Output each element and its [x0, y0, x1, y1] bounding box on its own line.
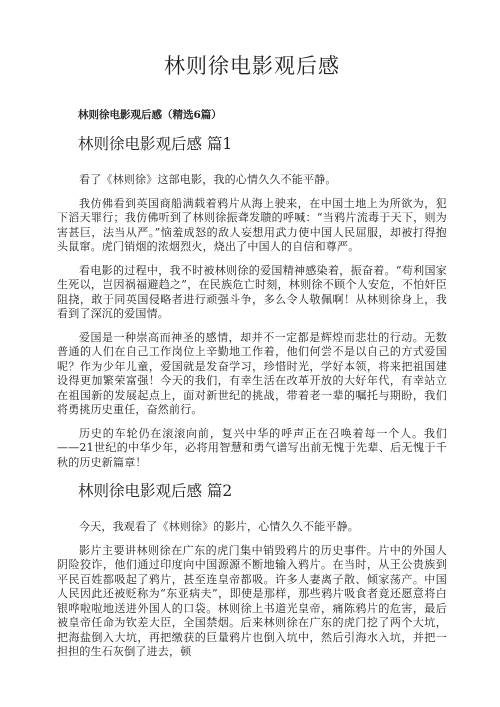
- essay-section-2: 林则徐电影观后感 篇2 今天，我观看了《林则徐》的影片，心情久久不能平静。 影片…: [57, 481, 447, 660]
- document-title: 林则徐电影观后感: [57, 52, 447, 80]
- paragraph: 看了《林则徐》这部电影，我的心情久久不能平静。: [57, 173, 447, 188]
- paragraph: 爱国是一种崇高而神圣的感情，却并不一定都是辉煌而悲壮的行动。无数普通的人们在自己…: [57, 331, 447, 418]
- document-page: 林则徐电影观后感 林则徐电影观后感（精选6篇） 林则徐电影观后感 篇1 看了《林…: [0, 0, 500, 707]
- essay-section-1: 林则徐电影观后感 篇1 看了《林则徐》这部电影，我的心情久久不能平静。 我仿佛看…: [57, 134, 447, 470]
- paragraph: 影片主要讲林则徐在广东的虎门集中销毁鸦片的历史事件。片中的外国人阴险狡诈，他们通…: [57, 544, 447, 660]
- document-subtitle: 林则徐电影观后感（精选6篇）: [57, 108, 447, 123]
- paragraph: 看电影的过程中，我不时被林则徐的爱国精神感染着，振奋着。“苟利国家生死以，岂因祸…: [57, 264, 447, 322]
- paragraph: 今天，我观看了《林则徐》的影片，心情久久不能平静。: [57, 520, 447, 535]
- section-2-heading: 林则徐电影观后感 篇2: [57, 481, 447, 502]
- paragraph: 历史的车轮仍在滚滚向前，复兴中华的呼声正在召唤着每一个人。我们——21世纪的中华…: [57, 427, 447, 471]
- section-1-heading: 林则徐电影观后感 篇1: [57, 134, 447, 155]
- paragraph: 我仿佛看到英国商船满载着鸦片从海上驶来，在中国土地上为所欲为，犯下滔天罪行；我仿…: [57, 197, 447, 255]
